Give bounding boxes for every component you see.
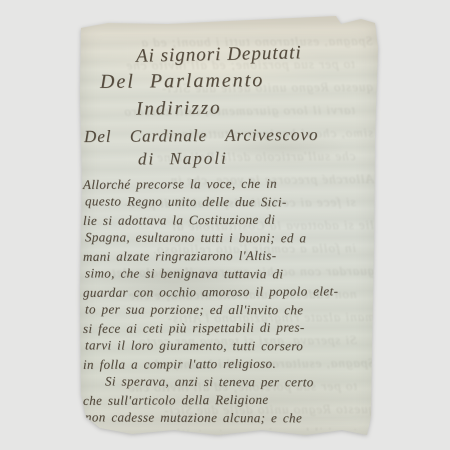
heading-line-title: Indirizzo (136, 97, 222, 120)
body-line: Allorché precorse la voce, che in (83, 174, 374, 194)
heading-line-addressee: Ai signori Deputati (136, 42, 302, 67)
body-line: che sull'articolo della Religione (83, 390, 374, 410)
body-line: guardar con occhio amoroso il popolo ele… (83, 282, 374, 302)
body-line: to per sua porzione; ed all'invito che (83, 300, 374, 319)
heading-line-parliament: Del Parlamento (100, 69, 265, 94)
body-line: in folla a compir l'atto religioso. (83, 354, 374, 374)
heading-line-sender: Del Cardinale Arcivescovo (84, 125, 319, 147)
body-line: questo Regno unito delle due Sici- (83, 192, 374, 211)
body-line: tarvi il loro giuramento, tutti corsero (83, 336, 374, 355)
body-line: lie si adottava la Costituzione di (83, 210, 374, 230)
heading-line-city: di Napoli (138, 149, 228, 170)
photo-background: Spagna, esultarono tutti i buoni; ed a t… (0, 0, 450, 450)
body-line: Spagna, esultarono tutti i buoni; ed a (83, 228, 374, 247)
manuscript-page: Spagna, esultarono tutti i buoni; ed a t… (78, 16, 378, 439)
manuscript-body: Allorché precorse la voce, che in questo… (83, 175, 374, 427)
show-through-line: tarvi il loro giuramento, tutti corsero (79, 98, 373, 123)
body-line: si fece ai ceti più rispettabili di pres… (83, 318, 374, 338)
body-line: mani alzate ringraziarono l'Altis- (83, 246, 374, 266)
manuscript-page-wrapper: Spagna, esultarono tutti i buoni; ed a t… (78, 16, 378, 439)
body-line: non cadesse mutazione alcuna; e che (83, 408, 374, 427)
body-line: simo, che si benignava tuttavia di (83, 264, 374, 283)
body-line: Si sperava, anzi si teneva per certo (83, 372, 374, 391)
